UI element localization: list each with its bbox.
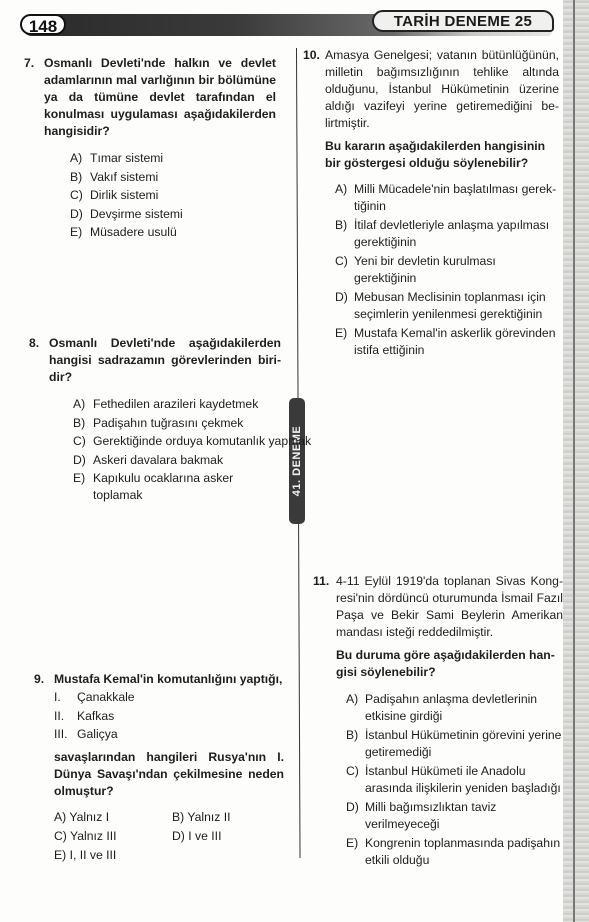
question-ask: Bu kararın aşağıdakilerden hangisinin bi… <box>325 138 559 172</box>
scan-edge-shadow <box>563 0 589 922</box>
option-a[interactable]: A)Milli Mücadele'nin başlatılması gerek­… <box>335 181 559 215</box>
options-list: A)Milli Mücadele'nin başlatılması gerek­… <box>335 181 559 359</box>
option-e[interactable]: E)Kongrenin toplanmasında padişahın etki… <box>346 835 563 869</box>
roman-item: I.Çanakkale <box>54 689 284 706</box>
option-a[interactable]: A)Tımar sistemi <box>70 150 276 167</box>
page-binding-edge <box>573 0 575 922</box>
question-10: 10. Amasya Genelgesi; vatanın bütünlüğü­… <box>303 47 559 361</box>
option-e[interactable]: E) I, II ve III <box>54 847 172 864</box>
option-b[interactable]: B) Yalnız II <box>172 809 290 826</box>
option-b[interactable]: B)Vakıf sistemi <box>70 169 276 186</box>
page-number: 148 <box>20 14 66 35</box>
options-list: A)Fethedilen arazileri kaydetmek B)Padiş… <box>73 396 281 504</box>
option-a[interactable]: A)Fethedilen arazileri kaydetmek <box>73 396 281 413</box>
option-c[interactable]: C) Yalnız III <box>54 828 172 845</box>
option-b[interactable]: B)İstanbul Hükümetinin görevini yerine g… <box>346 727 563 761</box>
options-grid: A) Yalnız I B) Yalnız II C) Yalnız III D… <box>54 809 284 864</box>
question-8: 8. Osmanlı Devleti'nde aşağıdakilerden h… <box>29 335 281 506</box>
options-list: A)Padişahın anlaşma devletlerinin etki­s… <box>346 691 563 869</box>
question-paragraph: 4-11 Eylül 1919'da toplanan Sivas Kong­r… <box>336 573 563 641</box>
option-c[interactable]: C)Dirlik sistemi <box>70 187 276 204</box>
question-number: 11. <box>313 573 329 590</box>
question-number: 7. <box>24 55 34 72</box>
option-d[interactable]: D) I ve III <box>172 828 290 845</box>
option-a[interactable]: A) Yalnız I <box>54 809 172 826</box>
option-d[interactable]: D)Milli bağımsızlıktan taviz verilmeyece… <box>346 799 563 833</box>
question-7: 7. Osmanlı Devleti'nde halkın ve devlet … <box>24 55 276 243</box>
exam-title: TARİH DENEME 25 <box>372 10 554 32</box>
option-b[interactable]: B)Padişahın tuğrasını çekmek <box>73 415 281 432</box>
options-list: A)Tımar sistemi B)Vakıf sistemi C)Dirlik… <box>70 150 276 241</box>
option-d[interactable]: D)Mebusan Meclisinin toplanması için seç… <box>335 289 559 323</box>
question-stem: Osmanlı Devleti'nde halkın ve devlet ada… <box>44 55 276 140</box>
option-e[interactable]: E)Mustafa Kemal'in askerlik görevinden i… <box>335 325 559 359</box>
question-11: 11. 4-11 Eylül 1919'da toplanan Sivas Ko… <box>313 573 563 871</box>
question-stem: Mustafa Kemal'in komutanlığını yaptığı, <box>54 671 284 688</box>
roman-item: II.Kafkas <box>54 708 284 725</box>
question-ask: Bu duruma göre aşağıdakilerden han­gisi … <box>336 647 563 681</box>
question-stem: Osmanlı Devleti'nde aşağıdakilerden hang… <box>49 335 281 386</box>
option-d[interactable]: D)Devşirme sistemi <box>70 206 276 223</box>
option-b[interactable]: B)İtilaf devletleriyle anlaşma yapılması… <box>335 217 559 251</box>
question-number: 10. <box>303 47 320 64</box>
question-number: 9. <box>34 671 44 688</box>
roman-item: III.Galiçya <box>54 726 284 743</box>
question-number: 8. <box>29 335 39 352</box>
question-9: 9. Mustafa Kemal'in komutanlığını yaptığ… <box>34 671 284 864</box>
option-c[interactable]: C)Yeni bir devletin kurulması gerektiğin… <box>335 253 559 287</box>
roman-items-list: I.Çanakkale II.Kafkas III.Galiçya <box>54 689 284 743</box>
option-e[interactable]: E)Kapıkulu ocaklarına asker toplamak <box>73 470 281 504</box>
option-a[interactable]: A)Padişahın anlaşma devletlerinin etki­s… <box>346 691 563 725</box>
option-c[interactable]: C)İstanbul Hükümeti ile Anadolu arasın­d… <box>346 763 563 797</box>
question-ask: savaşlarından hangileri Rusya'nın I. Dün… <box>54 749 284 800</box>
side-tab-exam-label: 41. DENEME <box>289 398 305 524</box>
option-e[interactable]: E)Müsadere usulü <box>70 224 276 241</box>
question-paragraph: Amasya Genelgesi; vatanın bütünlüğü­nün,… <box>325 47 559 132</box>
option-c[interactable]: C)Gerektiğinde orduya komutanlık yapmak <box>73 433 281 450</box>
option-d[interactable]: D)Askeri davalara bakmak <box>73 452 281 469</box>
